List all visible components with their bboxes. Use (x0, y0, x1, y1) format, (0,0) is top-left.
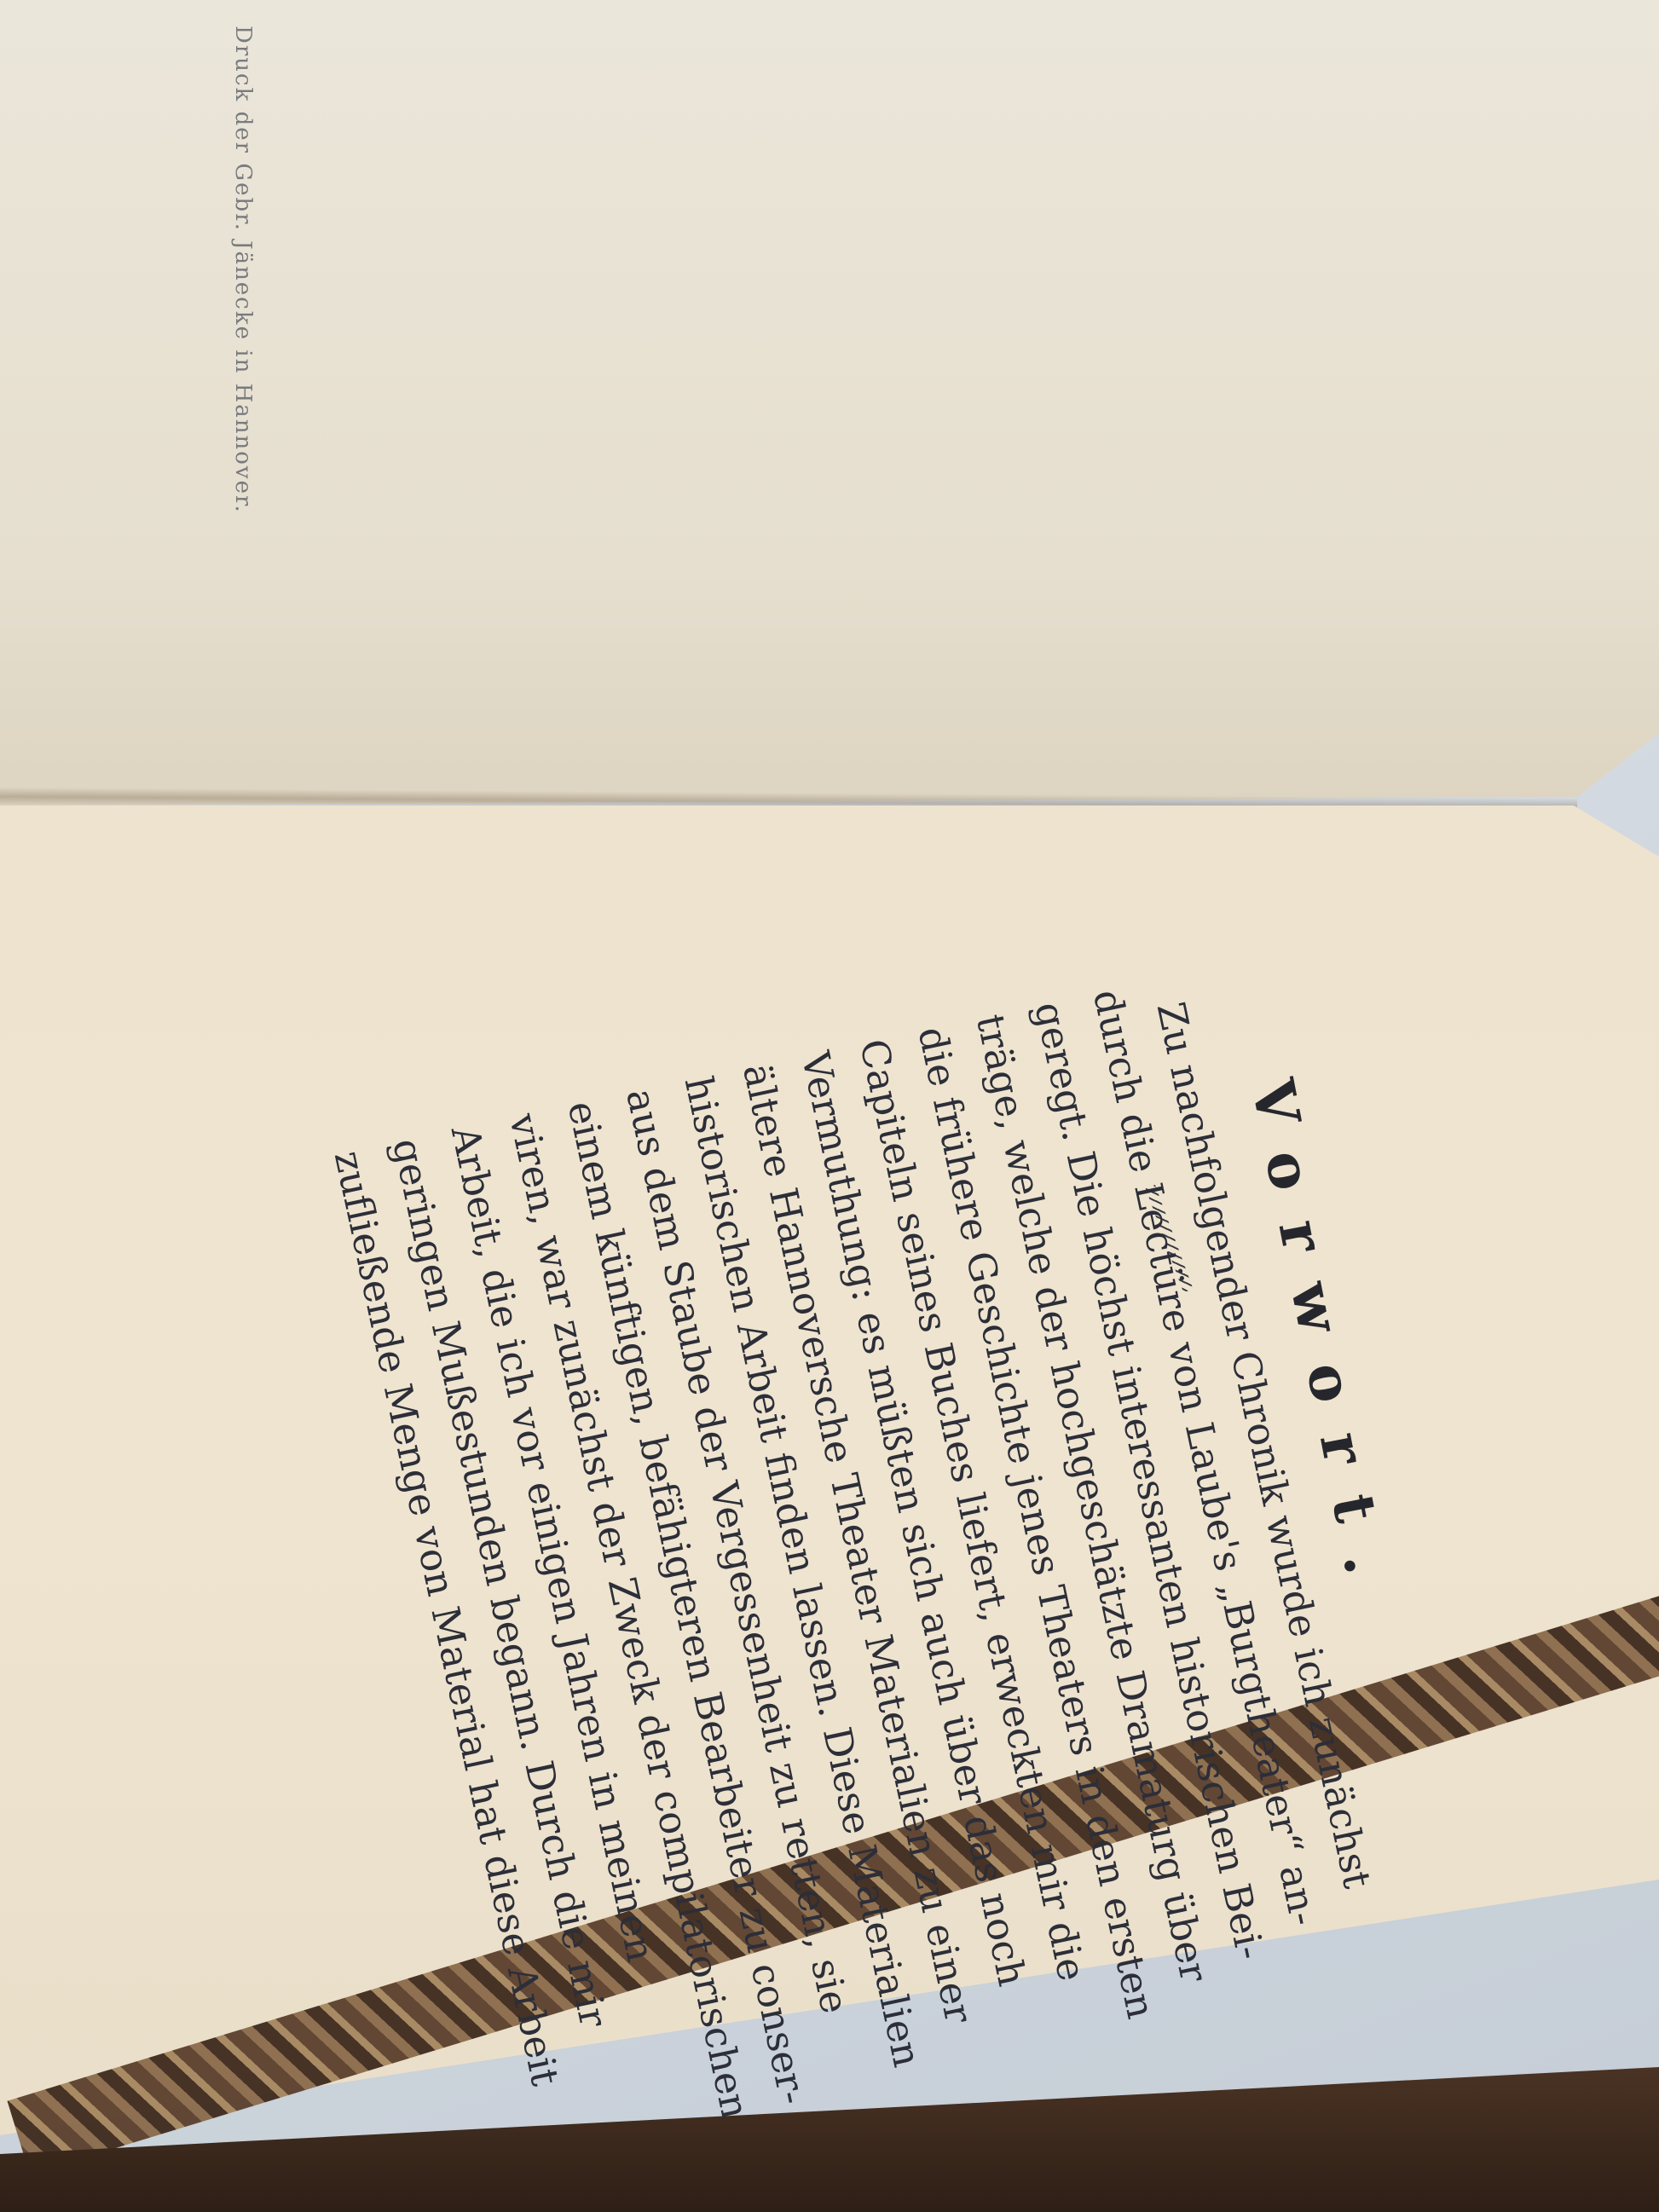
left-page: Druck der Gebr. Jänecke in Hannover. (0, 0, 1659, 806)
printer-imprint: Druck der Gebr. Jänecke in Hannover. (230, 26, 256, 514)
